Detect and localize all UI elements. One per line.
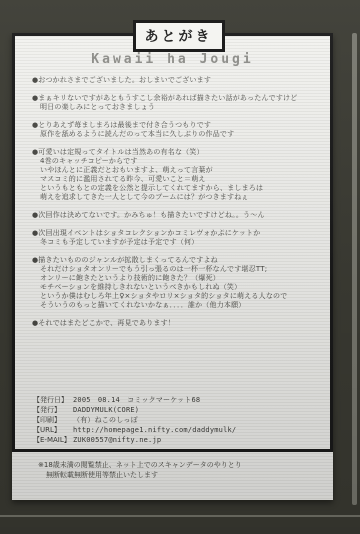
colophon-label: 【E-MAIL】 (33, 435, 73, 445)
paragraph-line: モチベーションを維持しきれないというべきかもしれぬ（笑） (32, 283, 324, 292)
paragraph-line: ●まぁキリないですがあともうすこし余裕があれば描きたい話があったんですけど (32, 94, 324, 103)
colophon-value: DADDYMULK(CORE) (73, 405, 139, 415)
paragraph-line: というか僕はむしろ年上♀×ショタやロリ×ショタ的ショタに萌える人なので (32, 292, 324, 301)
colophon-value: http://homepage1.nifty.com/daddymulk/ (73, 425, 236, 435)
paragraph-line: オンリーに飽きたというより技術的に飽きた？（爆死） (32, 274, 324, 283)
paragraph-line: ●とりあえず苺ましまろは最後まで付き合うつもりです (32, 121, 324, 130)
paragraph: ●おつかれさまでございました。おしまいでございます (32, 76, 324, 85)
colophon: 【発行日】2005 08.14 コミックマーケット68【発行】DADDYMULK… (33, 395, 322, 445)
paragraph-line: 原作を舐めるように読んだのって本当に久しぶりの作品です (32, 130, 324, 139)
colophon-row: 【発行】DADDYMULK(CORE) (33, 405, 322, 415)
page-title-tab: あとがき (133, 20, 225, 52)
paragraph-line: ●可愛いは定規ってタイトルは当然あの有名な（笑） (32, 148, 324, 157)
table-edge-highlight (0, 515, 360, 517)
page-stack-edge (352, 33, 357, 505)
paragraph: ●可愛いは定規ってタイトルは当然あの有名な（笑）4巻のキャッチコピーからですいや… (32, 148, 324, 202)
paragraph-line: マスコミ的に濫用されてる昨今、可愛いこと＝萌え (32, 175, 324, 184)
colophon-row: 【印刷】（有）ねこのしっぽ (33, 415, 322, 425)
colophon-row: 【URL】http://homepage1.nifty.com/daddymul… (33, 425, 322, 435)
colophon-label: 【発行】 (33, 405, 73, 415)
paragraph: ●それではまたどこかで、再見であります！ (32, 319, 324, 328)
page-title: あとがき (145, 26, 213, 46)
disclaimer-line: 無断転載無断使用等禁止いたします (38, 471, 327, 481)
paragraph-line: というもともとの定義を公然と提示してくれてますから、ましまろは (32, 184, 324, 193)
disclaimer: ※18歳未満の閲覧禁止、ネット上でのスキャンデータのやりとり無断転載無断使用等禁… (38, 461, 327, 480)
colophon-row: 【発行日】2005 08.14 コミックマーケット68 (33, 395, 322, 405)
paragraph-line: ●次回作は決めてないです。かみちゅ！も描きたいですけどね。。う〜ん (32, 211, 324, 220)
colophon-label: 【印刷】 (33, 415, 73, 425)
paragraph-line: それだけショタオンリーでもう引っ張るのは一杯一杯なんです堪忍TT; (32, 265, 324, 274)
paragraph-line: ●おつかれさまでございました。おしまいでございます (32, 76, 324, 85)
paragraph-line: 冬コミも予定していますが予定は予定です（何） (32, 238, 324, 247)
photo-background: あとがき Kawaii ha Jougi ●おつかれさまでございました。おしまい… (0, 0, 360, 534)
paragraph: ●次回作は決めてないです。かみちゅ！も描きたいですけどね。。う〜ん (32, 211, 324, 220)
page-subtitle: Kawaii ha Jougi (15, 52, 330, 67)
paragraph: ●とりあえず苺ましまろは最後まで付き合うつもりです原作を舐めるように読んだのって… (32, 121, 324, 139)
colophon-value: （有）ねこのしっぽ (73, 415, 138, 425)
paragraph-line: ●それではまたどこかで、再見であります！ (32, 319, 324, 328)
paragraph-line: 4巻のキャッチコピーからです (32, 157, 324, 166)
paragraph: ●描きたいもののジャンルが拡散しまくってるんですよねそれだけショタオンリーでもう… (32, 256, 324, 310)
colophon-label: 【発行日】 (33, 395, 73, 405)
paragraph-line: いやほんとに正義だとおもいますよ、萌えって言葉が (32, 166, 324, 175)
paragraph-line: 萌えを追求してきた一人として今のブームには？がつきますねぇ (32, 193, 324, 202)
content-frame: あとがき Kawaii ha Jougi ●おつかれさまでございました。おしまい… (12, 33, 333, 452)
paragraph: ●まぁキリないですがあともうすこし余裕があれば描きたい話があったんですけど明日の… (32, 94, 324, 112)
afterword-text: ●おつかれさまでございました。おしまいでございます●まぁキリないですがあともうす… (15, 76, 330, 328)
paragraph: ●次回出現イベントはショタコレクションかコミレヴォかぷにケットか冬コミも予定して… (32, 229, 324, 247)
afterword-page: あとがき Kawaii ha Jougi ●おつかれさまでございました。おしまい… (12, 33, 333, 500)
disclaimer-line: ※18歳未満の閲覧禁止、ネット上でのスキャンデータのやりとり (38, 461, 327, 471)
paragraph-line: 明日の楽しみにとっておきましょう (32, 103, 324, 112)
colophon-label: 【URL】 (33, 425, 73, 435)
paragraph-line: そういうのもっと描いてくれないかなぁ．．．．誰か（他力本願） (32, 301, 324, 310)
colophon-value: 2005 08.14 コミックマーケット68 (73, 395, 200, 405)
colophon-row: 【E-MAIL】ZUK00557@nifty.ne.jp (33, 435, 322, 445)
colophon-value: ZUK00557@nifty.ne.jp (73, 435, 161, 445)
paragraph-line: ●描きたいもののジャンルが拡散しまくってるんですよね (32, 256, 324, 265)
paragraph-line: ●次回出現イベントはショタコレクションかコミレヴォかぷにケットか (32, 229, 324, 238)
